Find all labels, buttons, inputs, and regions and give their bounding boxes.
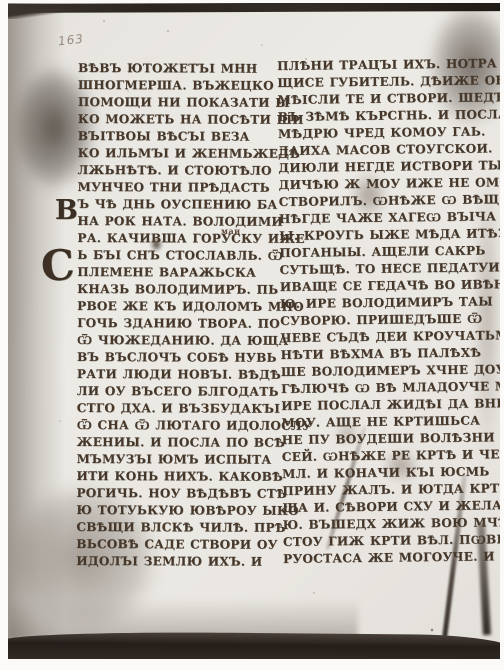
book-edge-top	[8, 3, 500, 13]
manuscript-text-line: ЛИ ОУ ВЪСЕГО БЛГОДАТЬ	[77, 383, 267, 401]
manuscript-photo-page: { "page": { "folio_number": "163", "desc…	[0, 0, 504, 670]
manuscript-text-line: ПОМОЩИ НИ ПОКАЗАТИ Ы	[78, 94, 268, 112]
folio-number-pencil: 163	[57, 32, 84, 49]
manuscript-text-line: РУОСТАСА ЖЕ МОГОУЧЕ. И	[283, 549, 483, 568]
manuscript-text-line: НА РОК НАТА. ВОЛОДИМИ	[77, 213, 267, 231]
manuscript-text-line: ГОЧЬ ЗДАНИЮ ТВОРА. ПО	[77, 315, 267, 333]
book-edge-bottom	[8, 631, 500, 659]
manuscript-text-line: КНАЗЬ ВОЛОДИМИРЪ. ПЬ	[77, 281, 267, 299]
manuscript-text-line: Ѿ ЧЮЖЕДАНИЮ. ДА ЮЩА	[77, 332, 267, 350]
manuscript-text-line: ПЛЕМЕНЕ ВАРАЖЬСКА	[77, 264, 267, 282]
initial-letter-v: В	[55, 195, 78, 226]
manuscript-text-line: ВЬСОВѢ САДЕ СТВОРИ ОУ	[76, 536, 266, 554]
manuscript-text-line: Ю ТОТУЬКУЮ ЮВѢРОУ ЫКО	[76, 502, 266, 520]
manuscript-text-line: РОГИЧЬ. НОУ ВѢДѢВЪ СТѢ	[76, 485, 266, 503]
manuscript-text-line: МУНЧЕО ТНИ ПРѢДАСТЬ	[78, 179, 268, 197]
manuscript-text-line: ЛЖЬНѢТѢ. И СТОЮТѢЛО	[78, 162, 268, 180]
manuscript-text-line: СВѢЩИ ВЛСКѢ ЧИЛѢ. ПРѢ	[76, 519, 266, 537]
book-edge-top-wedge	[8, 9, 78, 19]
manuscript-text-line: РАТИ ЛЮДИ НОВЪІ. ВѢДѢ	[77, 366, 267, 384]
manuscript-text-line: Ъ ЧѢ ДНЬ ОУСПЕНИЮ БА	[77, 196, 267, 214]
manuscript-text-line: Ь БЪІ СНЪ СТОСЛАВЛЬ. Ѿ	[77, 247, 267, 265]
manuscript-text-line: РВОЕ ЖЕ КЪ ИДОЛОМЪ МНО	[77, 298, 267, 316]
text-column-right: ПЛѢНИ ТРАЦЪІ ИХЪ. НОТРАЩИСЕ ГУБИТЕЛЬ. ДѢ…	[277, 56, 483, 568]
manuscript-text-line: ЖЕНИЫ. И ПОСЛА ПО ВСѢ	[77, 434, 267, 452]
manuscript-text-line: ВѢВЪ ЮТОЖЕТЪІ МНН	[78, 60, 268, 78]
manuscript-text-line: РА. КАЧИВША ГОРУСКУ ИЖЕ	[77, 230, 267, 248]
manuscript-text-line: КО ИЛЬМЪІ И ЖЕНМЬЖЕДѢ	[78, 145, 268, 163]
left-edge-vignette	[8, 3, 66, 659]
manuscript-text-line: ВЪІТВОЫ ВѢСЪІ ВЕЗА	[78, 128, 268, 146]
manuscript-text-line: ШНОГМЕРША. ВЪЖЕЦКО	[78, 77, 268, 95]
photograph-area: 163 В С маи ВѢВЪ ЮТОЖЕТЪІ МННШНОГМЕРША. …	[8, 3, 500, 659]
manuscript-text-line: Ѿ СНА Ѿ ЛЮТАГО ИДОЛОСЛУ	[77, 417, 267, 435]
text-column-left: ВѢВЪ ЮТОЖЕТЪІ МННШНОГМЕРША. ВЪЖЕЦКОПОМОЩ…	[76, 60, 268, 571]
initial-letter-s: С	[39, 240, 76, 291]
manuscript-text-line: ВЪ ВЪСЛОЧЪ СОБѢ НУВЬ	[77, 349, 267, 367]
manuscript-text-line: ИТИ КОНЬ НИХЪ. КАКОВѢ	[77, 468, 267, 486]
manuscript-text-line: СТГО ДХА. И ВЪЗБУДАКЪІ	[77, 400, 267, 418]
manuscript-text-line: ИДОЛЪІ ЗЕМЛЮ ИХЪ. И	[76, 553, 266, 571]
manuscript-text-line: КО МОЖЕТЬ НА ПОСѢТИ ШИ	[78, 111, 268, 129]
manuscript-text-line: МЪМУЗЪІ ЮМЪ ИСПЫТА	[77, 451, 267, 469]
